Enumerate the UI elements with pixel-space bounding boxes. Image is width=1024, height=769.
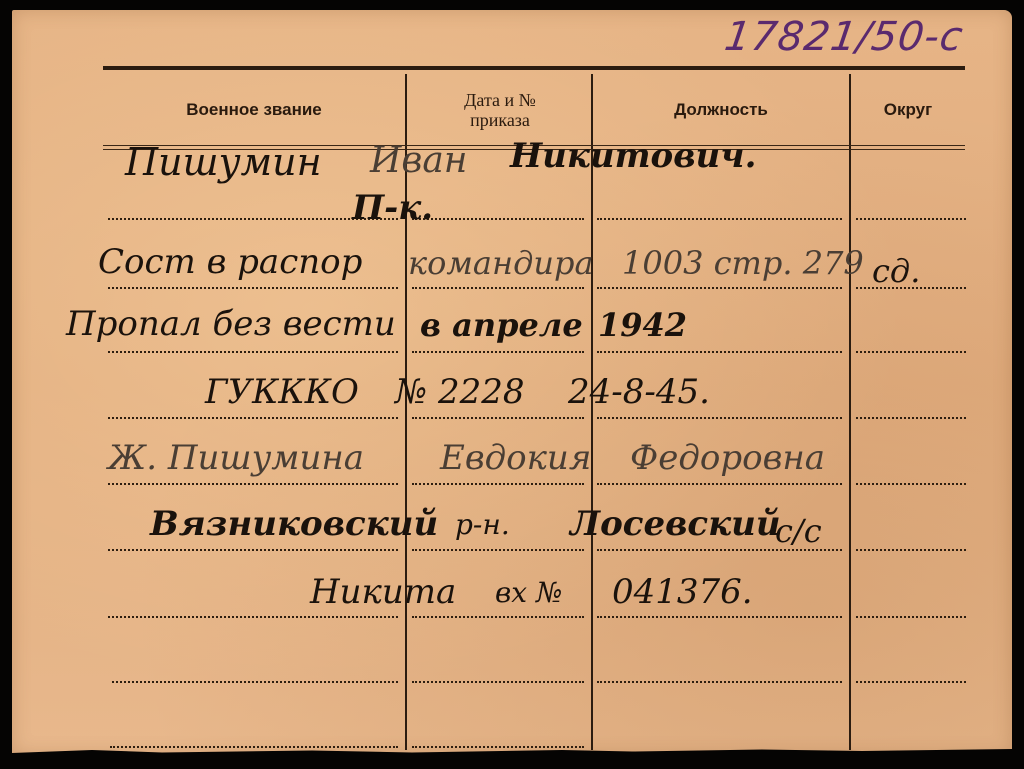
header-top-rule (103, 66, 965, 70)
handwritten-first-name: Иван (370, 140, 468, 181)
column-divider-3 (849, 74, 851, 750)
handwritten-commander: командира (408, 244, 594, 282)
handwritten-council-abbr: с/с (775, 512, 822, 550)
handwritten-unit: 1003 стр. 279 (622, 244, 864, 282)
handwritten-rank: П-к. (352, 188, 433, 228)
handwritten-village: Никита (310, 572, 456, 612)
handwritten-wife-name: Ж. Пишумина (108, 438, 364, 478)
handwritten-wife-first-name: Евдокия (440, 438, 591, 478)
header-order: Дата и № приказа (410, 80, 590, 140)
archive-number: 17821/50-с (722, 14, 967, 60)
handwritten-status: Сост в распор (98, 242, 362, 282)
handwritten-village-council: Лосевский (570, 504, 781, 544)
handwritten-wife-patronymic: Федоровна (630, 438, 825, 478)
handwritten-patronymic: Никитович. (510, 136, 756, 176)
header-order-label: Дата и № приказа (445, 90, 555, 130)
handwritten-department: ГУКККО (205, 372, 359, 412)
handwritten-order-date: 24-8-45. (568, 372, 710, 412)
handwritten-district: Вязниковский (150, 504, 438, 544)
handwritten-order-number: № 2228 (395, 372, 525, 412)
handwritten-year: 1942 (598, 306, 687, 344)
handwritten-incoming-number: 041376. (612, 572, 753, 612)
header-district: Округ (852, 80, 964, 140)
handwritten-district-abbr: р-н. (455, 508, 510, 541)
handwritten-division: сд. (872, 252, 920, 290)
header-rank: Военное звание (103, 80, 405, 140)
handwritten-surname: Пишумин (125, 140, 322, 184)
handwritten-incoming-label: вх № (495, 576, 562, 609)
header-position: Должность (595, 80, 847, 140)
torn-bottom-edge (12, 747, 1012, 757)
handwritten-missing: Пропал без вести (66, 304, 396, 344)
handwritten-month: в апреле (420, 306, 583, 344)
